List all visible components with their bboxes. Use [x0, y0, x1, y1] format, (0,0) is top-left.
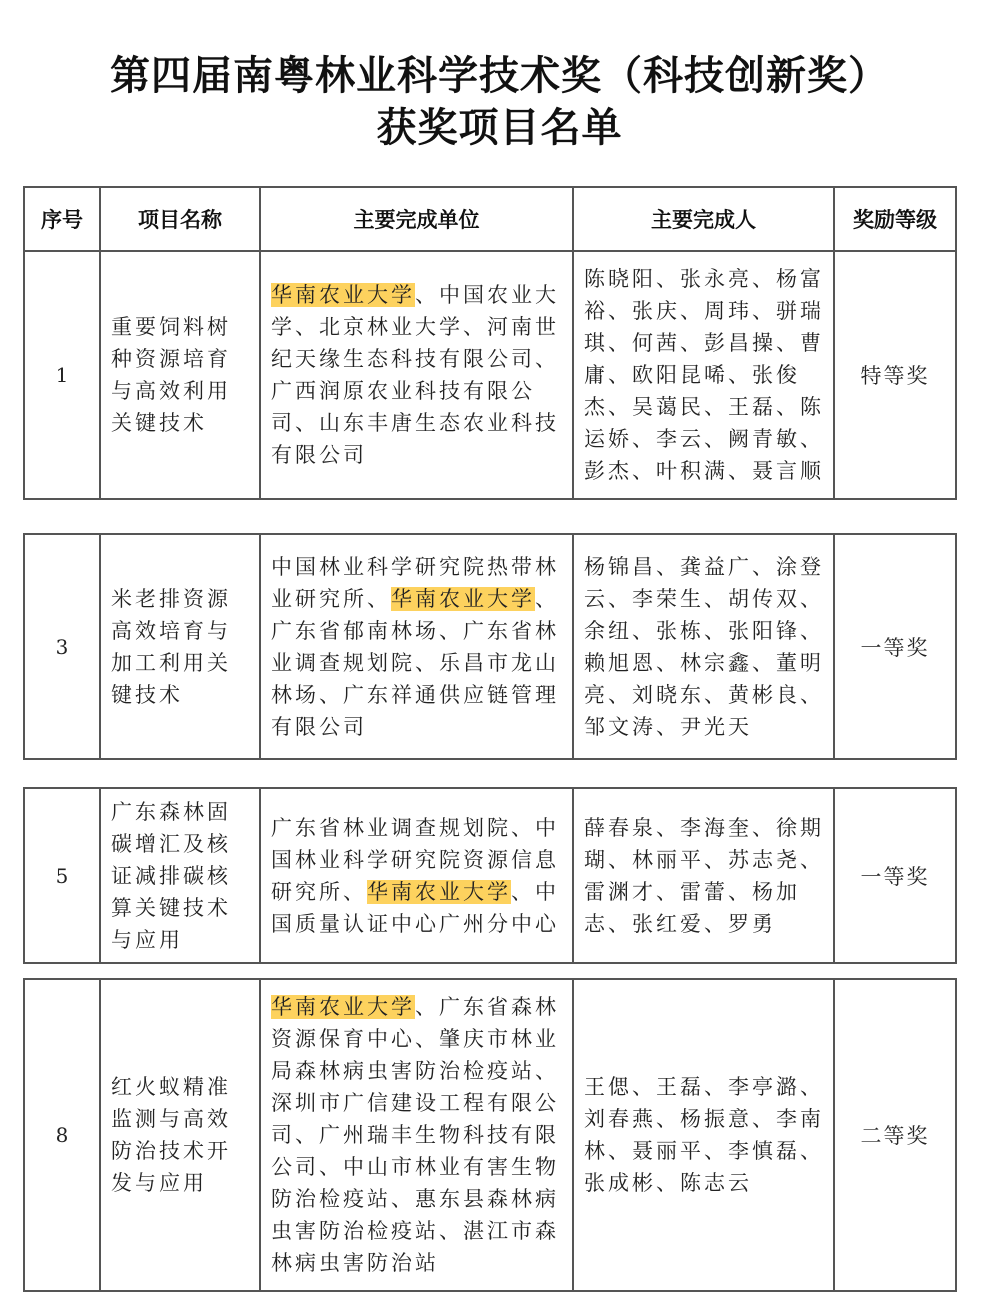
row-award: 二等奖: [834, 979, 956, 1291]
row-people: 薛春泉、李海奎、徐期瑚、林丽平、苏志尧、雷渊才、雷蕾、杨加志、张红爱、罗勇: [573, 788, 834, 963]
header-award: 奖励等级: [834, 187, 956, 251]
award-table-part-4: 8 红火蚁精准监测与高效防治技术开发与应用 华南农业大学、广东省森林资源保育中心…: [23, 978, 957, 1292]
highlighted-unit: 华南农业大学: [367, 880, 511, 904]
row-award: 一等奖: [834, 534, 956, 759]
table-row: 1 重要饲料树种资源培育与高效利用关键技术 华南农业大学、中国农业大学、北京林业…: [24, 251, 956, 499]
header-no: 序号: [24, 187, 100, 251]
award-table-part-3: 5 广东森林固碳增汇及核证减排碳核算关键技术与应用 广东省林业调查规划院、中国林…: [23, 787, 957, 964]
highlighted-unit: 华南农业大学: [391, 587, 535, 611]
row-units: 华南农业大学、广东省森林资源保育中心、肇庆市林业局森林病虫害防治检疫站、深圳市广…: [260, 979, 573, 1291]
row-units: 华南农业大学、中国农业大学、北京林业大学、河南世纪天缘生态科技有限公司、广西润原…: [260, 251, 573, 499]
row-units: 中国林业科学研究院热带林业研究所、华南农业大学、广东省郁南林场、广东省林业调查规…: [260, 534, 573, 759]
award-table-part-2: 3 米老排资源高效培育与加工利用关键技术 中国林业科学研究院热带林业研究所、华南…: [23, 533, 957, 760]
row-no: 1: [24, 251, 100, 499]
unit-text: 、中国农业大学、北京林业大学、河南世纪天缘生态科技有限公司、广西润原农业科技有限…: [271, 283, 559, 467]
header-units: 主要完成单位: [260, 187, 573, 251]
row-project: 红火蚁精准监测与高效防治技术开发与应用: [100, 979, 260, 1291]
table-row: 8 红火蚁精准监测与高效防治技术开发与应用 华南农业大学、广东省森林资源保育中心…: [24, 979, 956, 1291]
document-subtitle: 获奖项目名单: [0, 100, 999, 156]
highlighted-unit: 华南农业大学: [271, 283, 415, 307]
unit-text: 、广东省森林资源保育中心、肇庆市林业局森林病虫害防治检疫站、深圳市广信建设工程有…: [271, 995, 559, 1275]
row-no: 8: [24, 979, 100, 1291]
document-title: 第四届南粤林业科学技术奖（科技创新奖）: [0, 48, 999, 104]
header-people: 主要完成人: [573, 187, 834, 251]
row-project: 重要饲料树种资源培育与高效利用关键技术: [100, 251, 260, 499]
row-people: 杨锦昌、龚益广、涂登云、李荣生、胡传双、余纽、张栋、张阳锋、赖旭恩、林宗鑫、董明…: [573, 534, 834, 759]
table-row: 5 广东森林固碳增汇及核证减排碳核算关键技术与应用 广东省林业调查规划院、中国林…: [24, 788, 956, 963]
award-table-part-1: 序号 项目名称 主要完成单位 主要完成人 奖励等级 1 重要饲料树种资源培育与高…: [23, 186, 957, 500]
row-award: 特等奖: [834, 251, 956, 499]
row-people: 陈晓阳、张永亮、杨富裕、张庆、周玮、骈瑞琪、何茜、彭昌操、曹庸、欧阳昆唏、张俊杰…: [573, 251, 834, 499]
row-people: 王偲、王磊、李亭潞、刘春燕、杨振意、李南林、聂丽平、李慎磊、张成彬、陈志云: [573, 979, 834, 1291]
table-header-row: 序号 项目名称 主要完成单位 主要完成人 奖励等级: [24, 187, 956, 251]
row-project: 广东森林固碳增汇及核证减排碳核算关键技术与应用: [100, 788, 260, 963]
header-project: 项目名称: [100, 187, 260, 251]
row-project: 米老排资源高效培育与加工利用关键技术: [100, 534, 260, 759]
row-no: 5: [24, 788, 100, 963]
row-units: 广东省林业调查规划院、中国林业科学研究院资源信息研究所、华南农业大学、中国质量认…: [260, 788, 573, 963]
highlighted-unit: 华南农业大学: [271, 995, 415, 1019]
row-no: 3: [24, 534, 100, 759]
row-award: 一等奖: [834, 788, 956, 963]
table-row: 3 米老排资源高效培育与加工利用关键技术 中国林业科学研究院热带林业研究所、华南…: [24, 534, 956, 759]
